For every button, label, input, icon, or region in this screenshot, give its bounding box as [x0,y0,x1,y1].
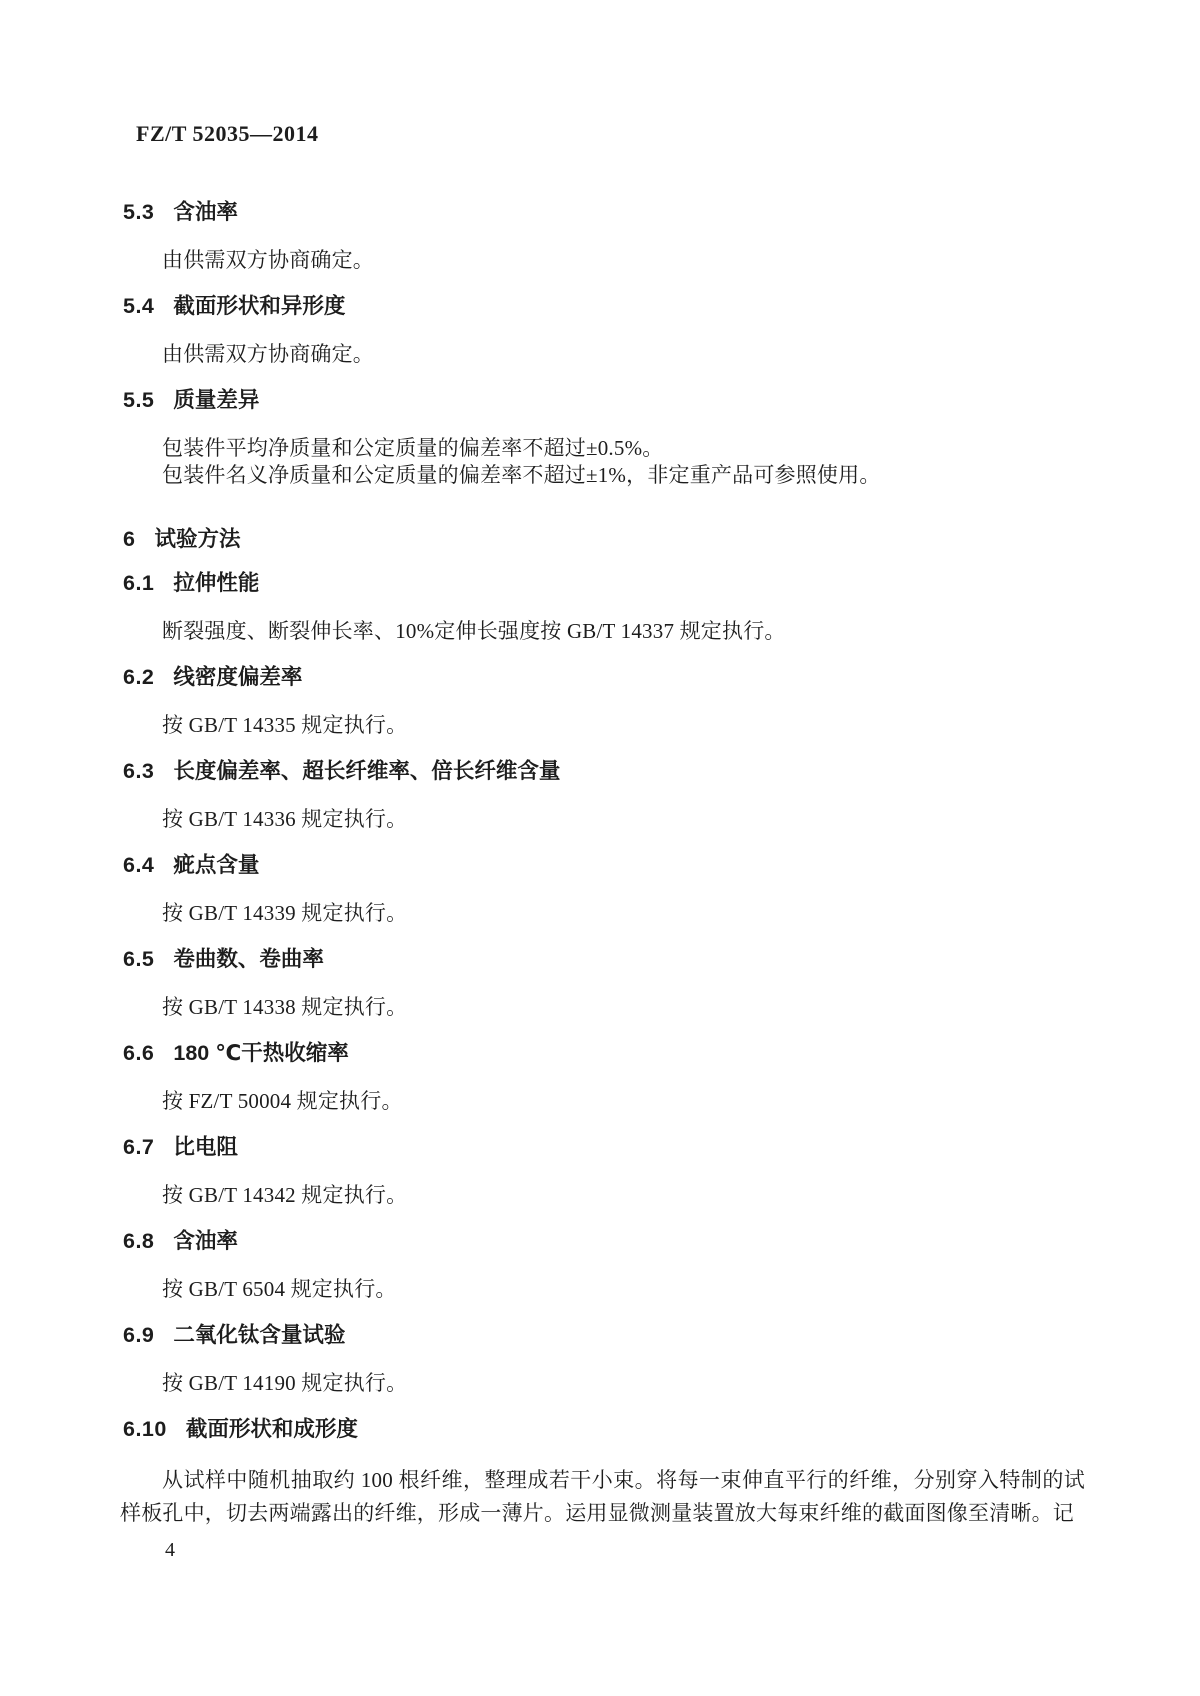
section-heading: 6.4疵点含量 [123,853,1085,877]
section: 6.4疵点含量 按 GB/T 14339 规定执行。 [120,853,1085,927]
section-paragraph: 按 FZ/T 50004 规定执行。 [120,1088,1085,1115]
section-number: 5.5 [123,388,154,412]
section-number: 6.4 [123,853,154,877]
section: 6.10截面形状和成形度 从试样中随机抽取约 100 根纤维，整理成若干小束。将… [120,1417,1085,1530]
section-title: 比电阻 [173,1135,238,1159]
section-number: 6.10 [123,1417,167,1441]
section-number: 6.1 [123,571,154,595]
section-paragraph: 由供需双方协商确定。 [120,341,1085,368]
section-title: 卷曲数、卷曲率 [173,947,324,971]
section-paragraph: 从试样中随机抽取约 100 根纤维，整理成若干小束。将每一束伸直平行的纤维，分别… [120,1464,1085,1530]
standard-number-header: FZ/T 52035—2014 [136,122,1085,146]
page-number: 4 [165,1538,1085,1562]
section-paragraph: 由供需双方协商确定。 [120,247,1085,274]
section: 6.6180 ℃干热收缩率 按 FZ/T 50004 规定执行。 [120,1041,1085,1115]
section-title: 疵点含量 [173,853,259,877]
section-title: 拉伸性能 [173,571,259,595]
section-number: 6.2 [123,665,154,689]
document-body: 5.3含油率 由供需双方协商确定。 5.4截面形状和异形度 由供需双方协商确定。… [120,200,1085,1530]
section: 6.7比电阻 按 GB/T 14342 规定执行。 [120,1135,1085,1209]
section-number: 5.4 [123,294,154,318]
section: 6.8含油率 按 GB/T 6504 规定执行。 [120,1229,1085,1303]
section-heading: 5.5质量差异 [123,388,1085,412]
section: 6.3长度偏差率、超长纤维率、倍长纤维含量 按 GB/T 14336 规定执行。 [120,759,1085,833]
section-paragraph: 包装件名义净质量和公定质量的偏差率不超过±1%，非定重产品可参照使用。 [120,462,1085,489]
section-title: 长度偏差率、超长纤维率、倍长纤维含量 [173,759,560,783]
section-heading: 6.1拉伸性能 [123,571,1085,595]
section: 5.4截面形状和异形度 由供需双方协商确定。 [120,294,1085,368]
section: 5.3含油率 由供需双方协商确定。 [120,200,1085,274]
section-number: 6.5 [123,947,154,971]
section-heading: 5.3含油率 [123,200,1085,224]
section: 6.1拉伸性能 断裂强度、断裂伸长率、10%定伸长强度按 GB/T 14337 … [120,571,1085,645]
section-number: 6.9 [123,1323,154,1347]
section-heading: 6.2线密度偏差率 [123,665,1085,689]
section: 6.2线密度偏差率 按 GB/T 14335 规定执行。 [120,665,1085,739]
section-heading: 6.8含油率 [123,1229,1085,1253]
section-heading: 5.4截面形状和异形度 [123,294,1085,318]
section-heading: 6.6180 ℃干热收缩率 [123,1041,1085,1065]
section-title: 线密度偏差率 [173,665,302,689]
section-paragraph: 按 GB/T 14190 规定执行。 [120,1370,1085,1397]
section-paragraph: 按 GB/T 14338 规定执行。 [120,994,1085,1021]
section-paragraph: 按 GB/T 14335 规定执行。 [120,712,1085,739]
section-title: 质量差异 [173,388,259,412]
section: 6.9二氧化钛含量试验 按 GB/T 14190 规定执行。 [120,1323,1085,1397]
section-number: 5.3 [123,200,154,224]
section-title: 180 ℃干热收缩率 [173,1041,348,1065]
section-heading: 6试验方法 [123,527,1085,551]
document-page: FZ/T 52035—2014 5.3含油率 由供需双方协商确定。 5.4截面形… [0,0,1200,1696]
section-paragraph: 按 GB/T 14339 规定执行。 [120,900,1085,927]
section-heading: 6.3长度偏差率、超长纤维率、倍长纤维含量 [123,759,1085,783]
section-heading: 6.7比电阻 [123,1135,1085,1159]
section: 6试验方法 [120,527,1085,551]
section-paragraph: 包装件平均净质量和公定质量的偏差率不超过±0.5%。 [120,435,1085,462]
section-title: 试验方法 [154,527,240,551]
section-paragraph: 按 GB/T 14342 规定执行。 [120,1182,1085,1209]
section: 5.5质量差异 包装件平均净质量和公定质量的偏差率不超过±0.5%。包装件名义净… [120,388,1085,489]
section-paragraph: 按 GB/T 14336 规定执行。 [120,806,1085,833]
section-number: 6.8 [123,1229,154,1253]
section-paragraph: 断裂强度、断裂伸长率、10%定伸长强度按 GB/T 14337 规定执行。 [120,618,1085,645]
section-title: 截面形状和异形度 [173,294,345,318]
section-number: 6 [123,527,135,551]
section-title: 含油率 [173,200,238,224]
section-paragraph: 按 GB/T 6504 规定执行。 [120,1276,1085,1303]
section-heading: 6.5卷曲数、卷曲率 [123,947,1085,971]
section-number: 6.3 [123,759,154,783]
section-number: 6.7 [123,1135,154,1159]
section-title: 二氧化钛含量试验 [173,1323,345,1347]
section-heading: 6.10截面形状和成形度 [123,1417,1085,1441]
section-heading: 6.9二氧化钛含量试验 [123,1323,1085,1347]
section-title: 含油率 [173,1229,238,1253]
section: 6.5卷曲数、卷曲率 按 GB/T 14338 规定执行。 [120,947,1085,1021]
section-title: 截面形状和成形度 [186,1417,358,1441]
section-number: 6.6 [123,1041,154,1065]
